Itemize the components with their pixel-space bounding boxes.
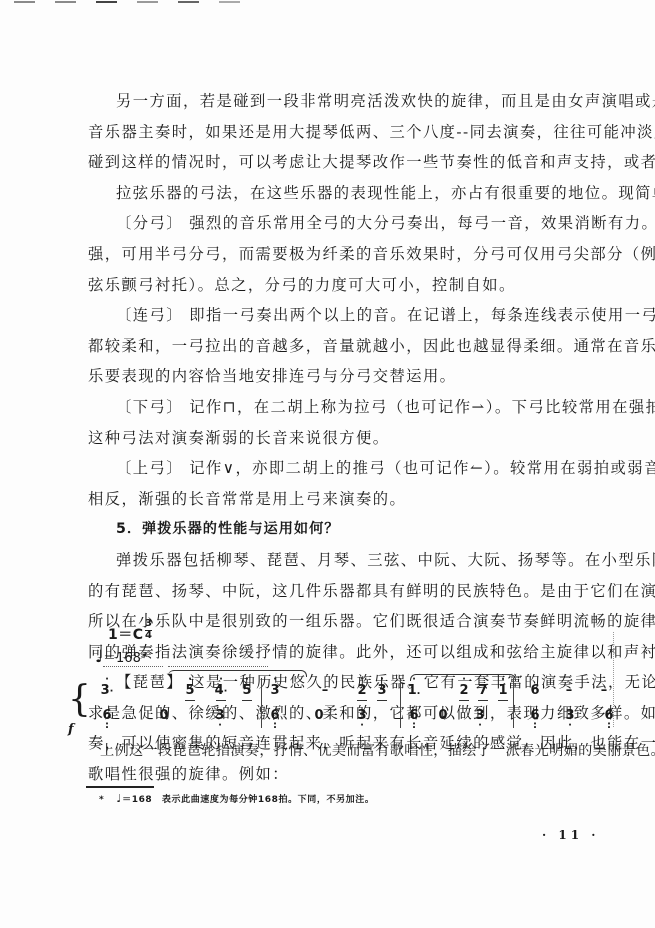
note: 4·· bbox=[214, 683, 228, 698]
footnote: *♩＝168 表示此曲速度为每分钟168拍。下同，不另加注。 bbox=[99, 792, 374, 805]
text-line: 〔上弓〕 记作∨，亦即二胡上的推弓（也可记作↼）。较常用在弱拍或弱音上。与下弓 bbox=[88, 453, 592, 484]
tempo-marking: ♩＝168* bbox=[95, 647, 147, 667]
octave-dot-below: · bbox=[213, 722, 227, 730]
octave-dot-below: : bbox=[528, 722, 542, 730]
text-line: 歌唱性很强的旋律。例如： bbox=[88, 759, 592, 790]
scan-mark bbox=[14, 1, 35, 3]
text-line: 〔连弓〕 即指一弓奏出两个以上的音。在记谱上，每条连线表示使用一弓。连弓的效果 bbox=[88, 300, 592, 331]
eighth-underline bbox=[242, 700, 252, 701]
scan-mark bbox=[96, 1, 117, 3]
eighth-underline bbox=[377, 700, 387, 701]
note-digit: 6 bbox=[530, 683, 539, 698]
text-line: 强，可用半弓分弓，而需要极为纤柔的音乐效果时，分弓可仅用弓尖部分（例如常见的一些 bbox=[88, 239, 592, 270]
note-digit: 2 bbox=[459, 683, 468, 698]
octave-dot-below: · bbox=[473, 722, 487, 730]
note: 6: bbox=[100, 708, 114, 723]
text-line: 都较柔和，一弓拉出的音越多，音量就越小，因此也越显得柔细。通常在音乐中，总是按音 bbox=[88, 331, 592, 362]
note: – bbox=[597, 683, 611, 698]
note: 3· bbox=[213, 708, 227, 723]
note: 0 bbox=[312, 708, 326, 723]
octave-dot-below: · bbox=[563, 722, 577, 730]
note-digit: 7 bbox=[478, 683, 487, 698]
text-line: 拉弦乐器的弓法，在这些乐器的表现性能上，亦占有很重要的地位。现简单介绍如下。 bbox=[88, 178, 592, 209]
end-barline-dotted bbox=[613, 632, 615, 727]
scan-mark bbox=[137, 1, 158, 3]
upper-staff: 3··5·4··5·3·–2·3·1.·2·71·6–– bbox=[60, 683, 620, 703]
note-digit: 5 bbox=[185, 683, 194, 698]
eighth-underline bbox=[459, 700, 469, 701]
octave-dot-below: : bbox=[100, 722, 114, 730]
time-signature-denominator: 4 bbox=[145, 630, 152, 641]
note: 0 bbox=[157, 708, 171, 723]
example-caption: 上例这一段琵琶轮指演奏，抒情、优美而富有歌唱性，描绘了一派春光明媚的美丽景色。 bbox=[100, 740, 655, 760]
eighth-underline bbox=[185, 700, 195, 701]
note: 6: bbox=[528, 708, 542, 723]
octave-dot-above: · bbox=[407, 676, 421, 684]
note: – bbox=[318, 683, 332, 698]
eighth-underline bbox=[357, 700, 367, 701]
note-digit: 0 bbox=[314, 708, 323, 723]
note: 1.· bbox=[407, 683, 421, 698]
scan-edge-marks bbox=[0, 0, 655, 6]
eighth-underline bbox=[216, 700, 226, 701]
note-digit: 1 bbox=[498, 683, 507, 698]
octave-dot-above: · bbox=[100, 676, 114, 684]
note-digit: 5 bbox=[242, 683, 251, 698]
augmentation-dot: · bbox=[224, 686, 228, 697]
footnote-marker: * bbox=[99, 795, 104, 805]
note-digit: 4 bbox=[215, 683, 224, 698]
note-digit: 0 bbox=[159, 708, 168, 723]
eighth-underline bbox=[478, 700, 488, 701]
note: 5· bbox=[240, 683, 254, 698]
augmentation-dot: · bbox=[110, 686, 114, 697]
barline bbox=[513, 678, 514, 728]
text-line: 碰到这样的情况时，可以考虑让大提琴改作一些节奏性的低音和声支持，或者让它休止。 bbox=[88, 147, 592, 178]
note-digit: – bbox=[601, 683, 608, 698]
octave-dot-above: · bbox=[355, 676, 369, 684]
text-line: 相反，渐强的长音常常是用上弓来演奏的。 bbox=[88, 484, 592, 515]
note: 3· bbox=[563, 708, 577, 723]
augmentation-dot: . bbox=[417, 686, 421, 697]
note-digit: 3 bbox=[377, 683, 386, 698]
time-signature: 3 4 bbox=[145, 619, 152, 641]
note: 3·· bbox=[100, 683, 114, 698]
scan-mark bbox=[219, 1, 240, 3]
note: 7 bbox=[476, 683, 490, 698]
octave-dot-above: · bbox=[457, 676, 471, 684]
note-digit: 1 bbox=[408, 683, 417, 698]
text-line: 〔分弓〕 强烈的音乐常用全弓的大分弓奏出，每弓一音，效果消断有力。如音量不需太 bbox=[88, 208, 592, 239]
footnote-rule bbox=[86, 786, 154, 788]
section-heading: 5．弹拨乐器的性能与运用如何？ bbox=[88, 514, 592, 545]
octave-dot-above: · bbox=[214, 676, 228, 684]
note: 5· bbox=[183, 683, 197, 698]
tremolo-dotted-line bbox=[168, 666, 268, 667]
octave-dot-above: · bbox=[240, 676, 254, 684]
text-line: 另一方面，若是碰到一段非常明亮活泼欢快的旋律，而且是由女声演唱或是由笛子等高 bbox=[88, 86, 592, 117]
quarter-note-icon: ♩ bbox=[95, 647, 103, 667]
text-line: 弦乐颤弓衬托）。总之，分弓的力度可大可小，控制自如。 bbox=[88, 270, 592, 301]
note: 0 bbox=[436, 708, 450, 723]
note: – bbox=[562, 683, 576, 698]
text-line: 音乐器主奏时，如果还是用大提琴低两、三个八度--同去演奏，往往可能冲淡应有的效果… bbox=[88, 117, 592, 148]
page-number: · 11 · bbox=[542, 828, 599, 842]
note: 3· bbox=[375, 683, 389, 698]
note: 6 bbox=[528, 683, 542, 698]
footnote-text: ＝168 表示此曲速度为每分钟168拍。下同，不另加注。 bbox=[122, 795, 374, 805]
note-digit: 3 bbox=[270, 683, 279, 698]
scan-mark bbox=[55, 1, 76, 3]
text-line: 这种弓法对演奏渐弱的长音来说很方便。 bbox=[88, 423, 592, 454]
barline bbox=[400, 678, 401, 728]
note: 2· bbox=[457, 683, 471, 698]
tremolo-dotted-line bbox=[103, 666, 163, 667]
note: 2· bbox=[355, 683, 369, 698]
note-digit: 3 bbox=[101, 683, 110, 698]
key-signature: 1＝C bbox=[108, 624, 144, 644]
octave-dot-above: · bbox=[375, 676, 389, 684]
music-example: 1＝C 3 4 ♩＝168* { f 3··5·4··5·3·–2·3·1.·2… bbox=[60, 600, 620, 735]
note: 3· bbox=[355, 708, 369, 723]
octave-dot-below: · bbox=[355, 722, 369, 730]
octave-dot-above: · bbox=[183, 676, 197, 684]
note-digit: – bbox=[566, 683, 573, 698]
octave-dot-above: · bbox=[496, 676, 510, 684]
note: 1· bbox=[496, 683, 510, 698]
barline bbox=[261, 678, 262, 728]
text-line: 〔下弓〕 记作⊓，在二胡上称为拉弓（也可记作⇀）。下弓比较常用在强拍或强音上。 bbox=[88, 392, 592, 423]
note: 6: bbox=[268, 708, 282, 723]
eighth-underline bbox=[498, 700, 508, 701]
octave-dot-below: : bbox=[407, 722, 421, 730]
scan-mark bbox=[178, 1, 199, 3]
octave-dot-below: : bbox=[268, 722, 282, 730]
lower-staff: 6:03·6:03·6:03·6:3·6: bbox=[60, 708, 620, 728]
text-line: 乐要表现的内容恰当地安排连弓与分弓交替运用。 bbox=[88, 361, 592, 392]
note-digit: 0 bbox=[438, 708, 447, 723]
note: 3· bbox=[473, 708, 487, 723]
text-line: 弹拨乐器包括柳琴、琵琶、月琴、三弦、中阮、大阮、扬琴等。在小型乐队中较为普遍 bbox=[88, 545, 592, 576]
tempo-value: ＝168* bbox=[103, 651, 147, 666]
note-digit: – bbox=[322, 683, 329, 698]
note-digit: 2 bbox=[357, 683, 366, 698]
note: 6: bbox=[407, 708, 421, 723]
octave-dot-above: · bbox=[268, 676, 282, 684]
note: 3· bbox=[268, 683, 282, 698]
